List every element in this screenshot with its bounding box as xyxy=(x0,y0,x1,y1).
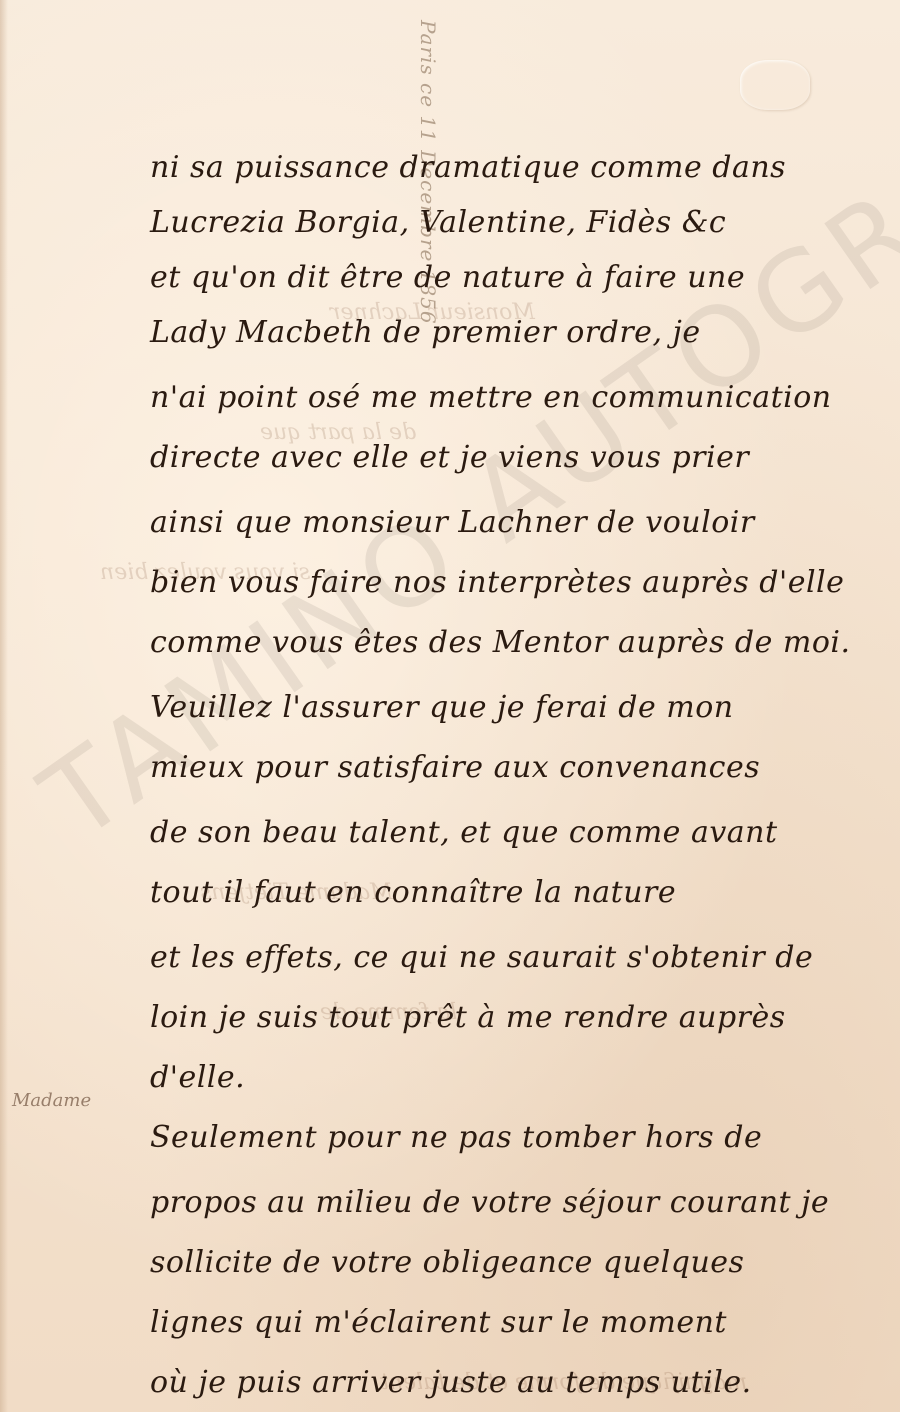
letter-line: ainsi que monsieur Lachner de vouloir xyxy=(150,505,755,540)
letter-line: comme vous êtes des Mentor auprès de moi… xyxy=(150,625,851,660)
embossed-stamp xyxy=(740,60,810,110)
letter-line: loin je suis tout prêt à me rendre auprè… xyxy=(150,1000,786,1035)
letter-line: Lady Macbeth de premier ordre, je xyxy=(150,315,701,350)
letter-line: de son beau talent, et que comme avant xyxy=(150,815,778,850)
letter-page: Monsieur Lachner de la part que si vous … xyxy=(0,0,900,1412)
letter-line: et qu'on dit être de nature à faire une xyxy=(150,260,745,295)
margin-note: Madame xyxy=(12,1090,91,1111)
letter-line: Lucrezia Borgia, Valentine, Fidès &c xyxy=(150,205,726,240)
letter-line: n'ai point osé me mettre en communicatio… xyxy=(150,380,832,415)
letter-line: ni sa puissance dramatique comme dans xyxy=(150,150,786,185)
paper-edge xyxy=(0,0,8,1412)
letter-line: mieux pour satisfaire aux convenances xyxy=(150,750,760,785)
letter-line: Veuillez l'assurer que je ferai de mon xyxy=(150,690,734,725)
letter-line: d'elle. xyxy=(150,1060,245,1095)
letter-line: propos au milieu de votre séjour courant… xyxy=(150,1185,829,1220)
letter-line: où je puis arriver juste au temps utile. xyxy=(150,1365,752,1400)
watermark: TAMINO AUTOGRAPHS xyxy=(20,0,900,865)
letter-line: sollicite de votre obligeance quelques xyxy=(150,1245,744,1280)
letter-line: et les effets, ce qui ne saurait s'obten… xyxy=(150,940,813,975)
letter-line: tout il faut en connaître la nature xyxy=(150,875,676,910)
letter-line: Seulement pour ne pas tomber hors de xyxy=(150,1120,762,1155)
letter-line: lignes qui m'éclairent sur le moment xyxy=(150,1305,727,1340)
letter-line: directe avec elle et je viens vous prier xyxy=(150,440,749,475)
letter-line: bien vous faire nos interprètes auprès d… xyxy=(150,565,844,600)
